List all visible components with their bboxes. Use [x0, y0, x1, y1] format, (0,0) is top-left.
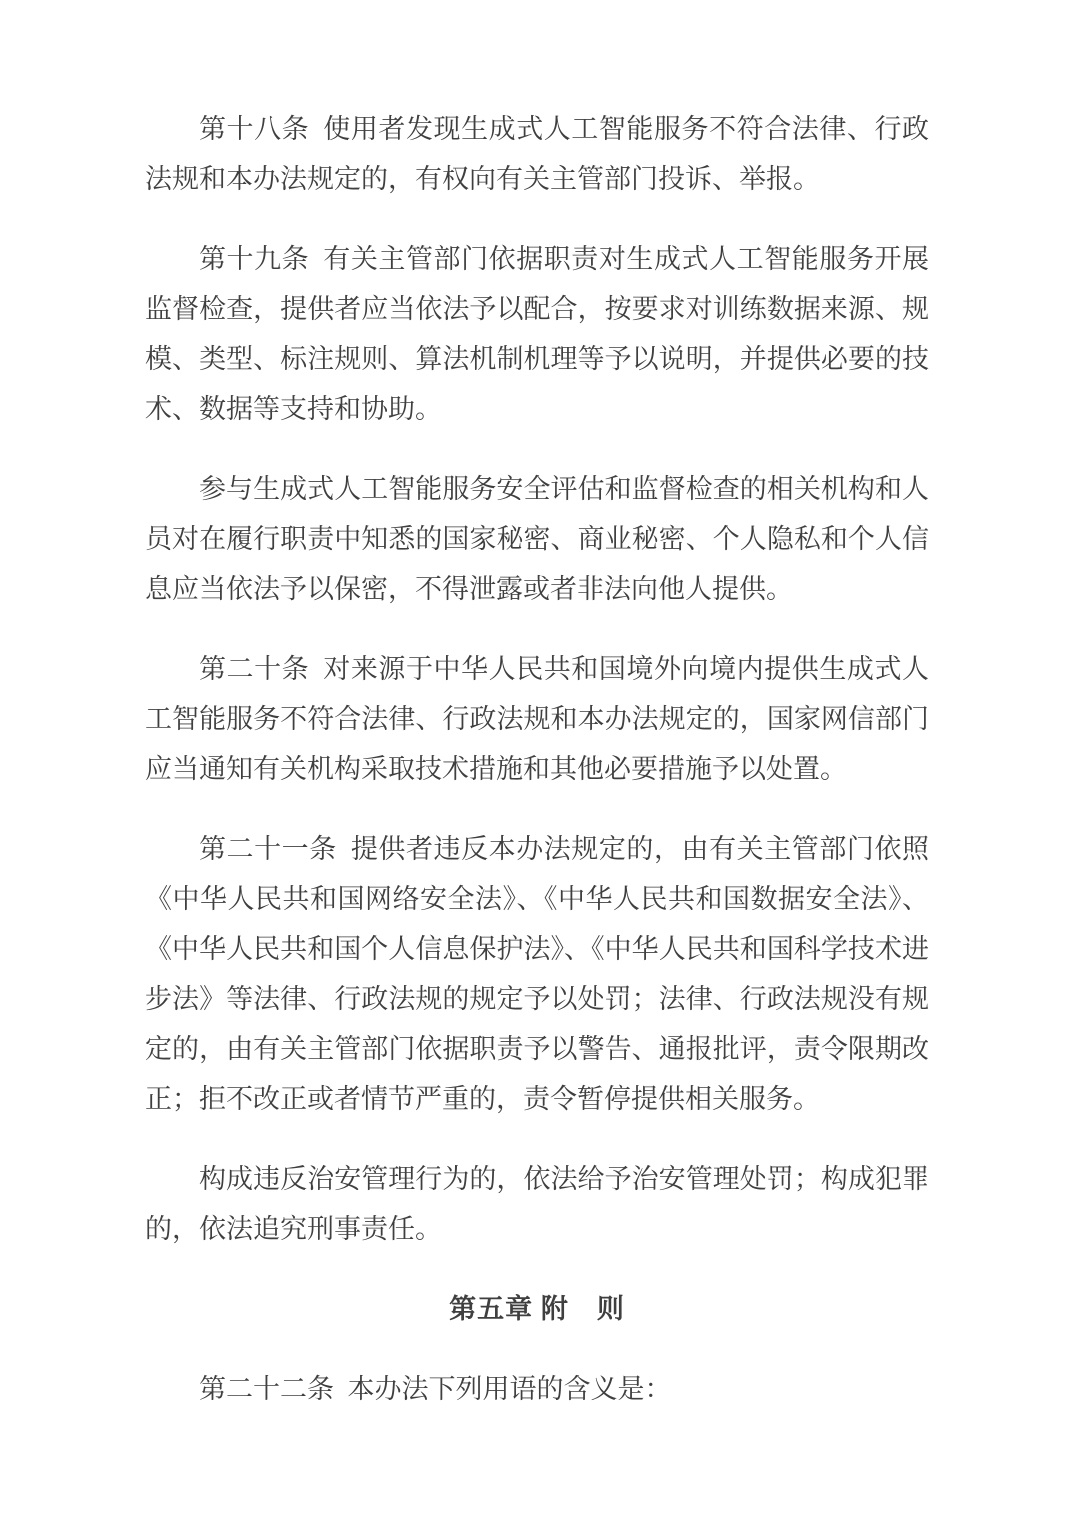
paragraph-article-19-confidentiality: 参与生成式人工智能服务安全评估和监督检查的相关机构和人员对在履行职责中知悉的国家… — [145, 464, 929, 614]
chapter-heading: 第五章 附 则 — [145, 1284, 929, 1334]
paragraph-article-21-liability: 构成违反治安管理行为的，依法给予治安管理处罚；构成犯罪的，依法追究刑事责任。 — [145, 1154, 929, 1254]
paragraph-article-19-inspection: 第十九条 有关主管部门依据职责对生成式人工智能服务开展监督检查，提供者应当依法予… — [145, 234, 929, 434]
paragraph-article-20: 第二十条 对来源于中华人民共和国境外向境内提供生成式人工智能服务不符合法律、行政… — [145, 644, 929, 794]
paragraph-article-22-intro: 第二十二条 本办法下列用语的含义是： — [145, 1364, 929, 1414]
paragraph-article-18: 第十八条 使用者发现生成式人工智能服务不符合法律、行政法规和本办法规定的，有权向… — [145, 104, 929, 204]
paragraph-article-21-penalties: 第二十一条 提供者违反本办法规定的，由有关主管部门依照《中华人民共和国网络安全法… — [145, 824, 929, 1124]
document-page: 第十八条 使用者发现生成式人工智能服务不符合法律、行政法规和本办法规定的，有权向… — [0, 0, 1074, 1520]
